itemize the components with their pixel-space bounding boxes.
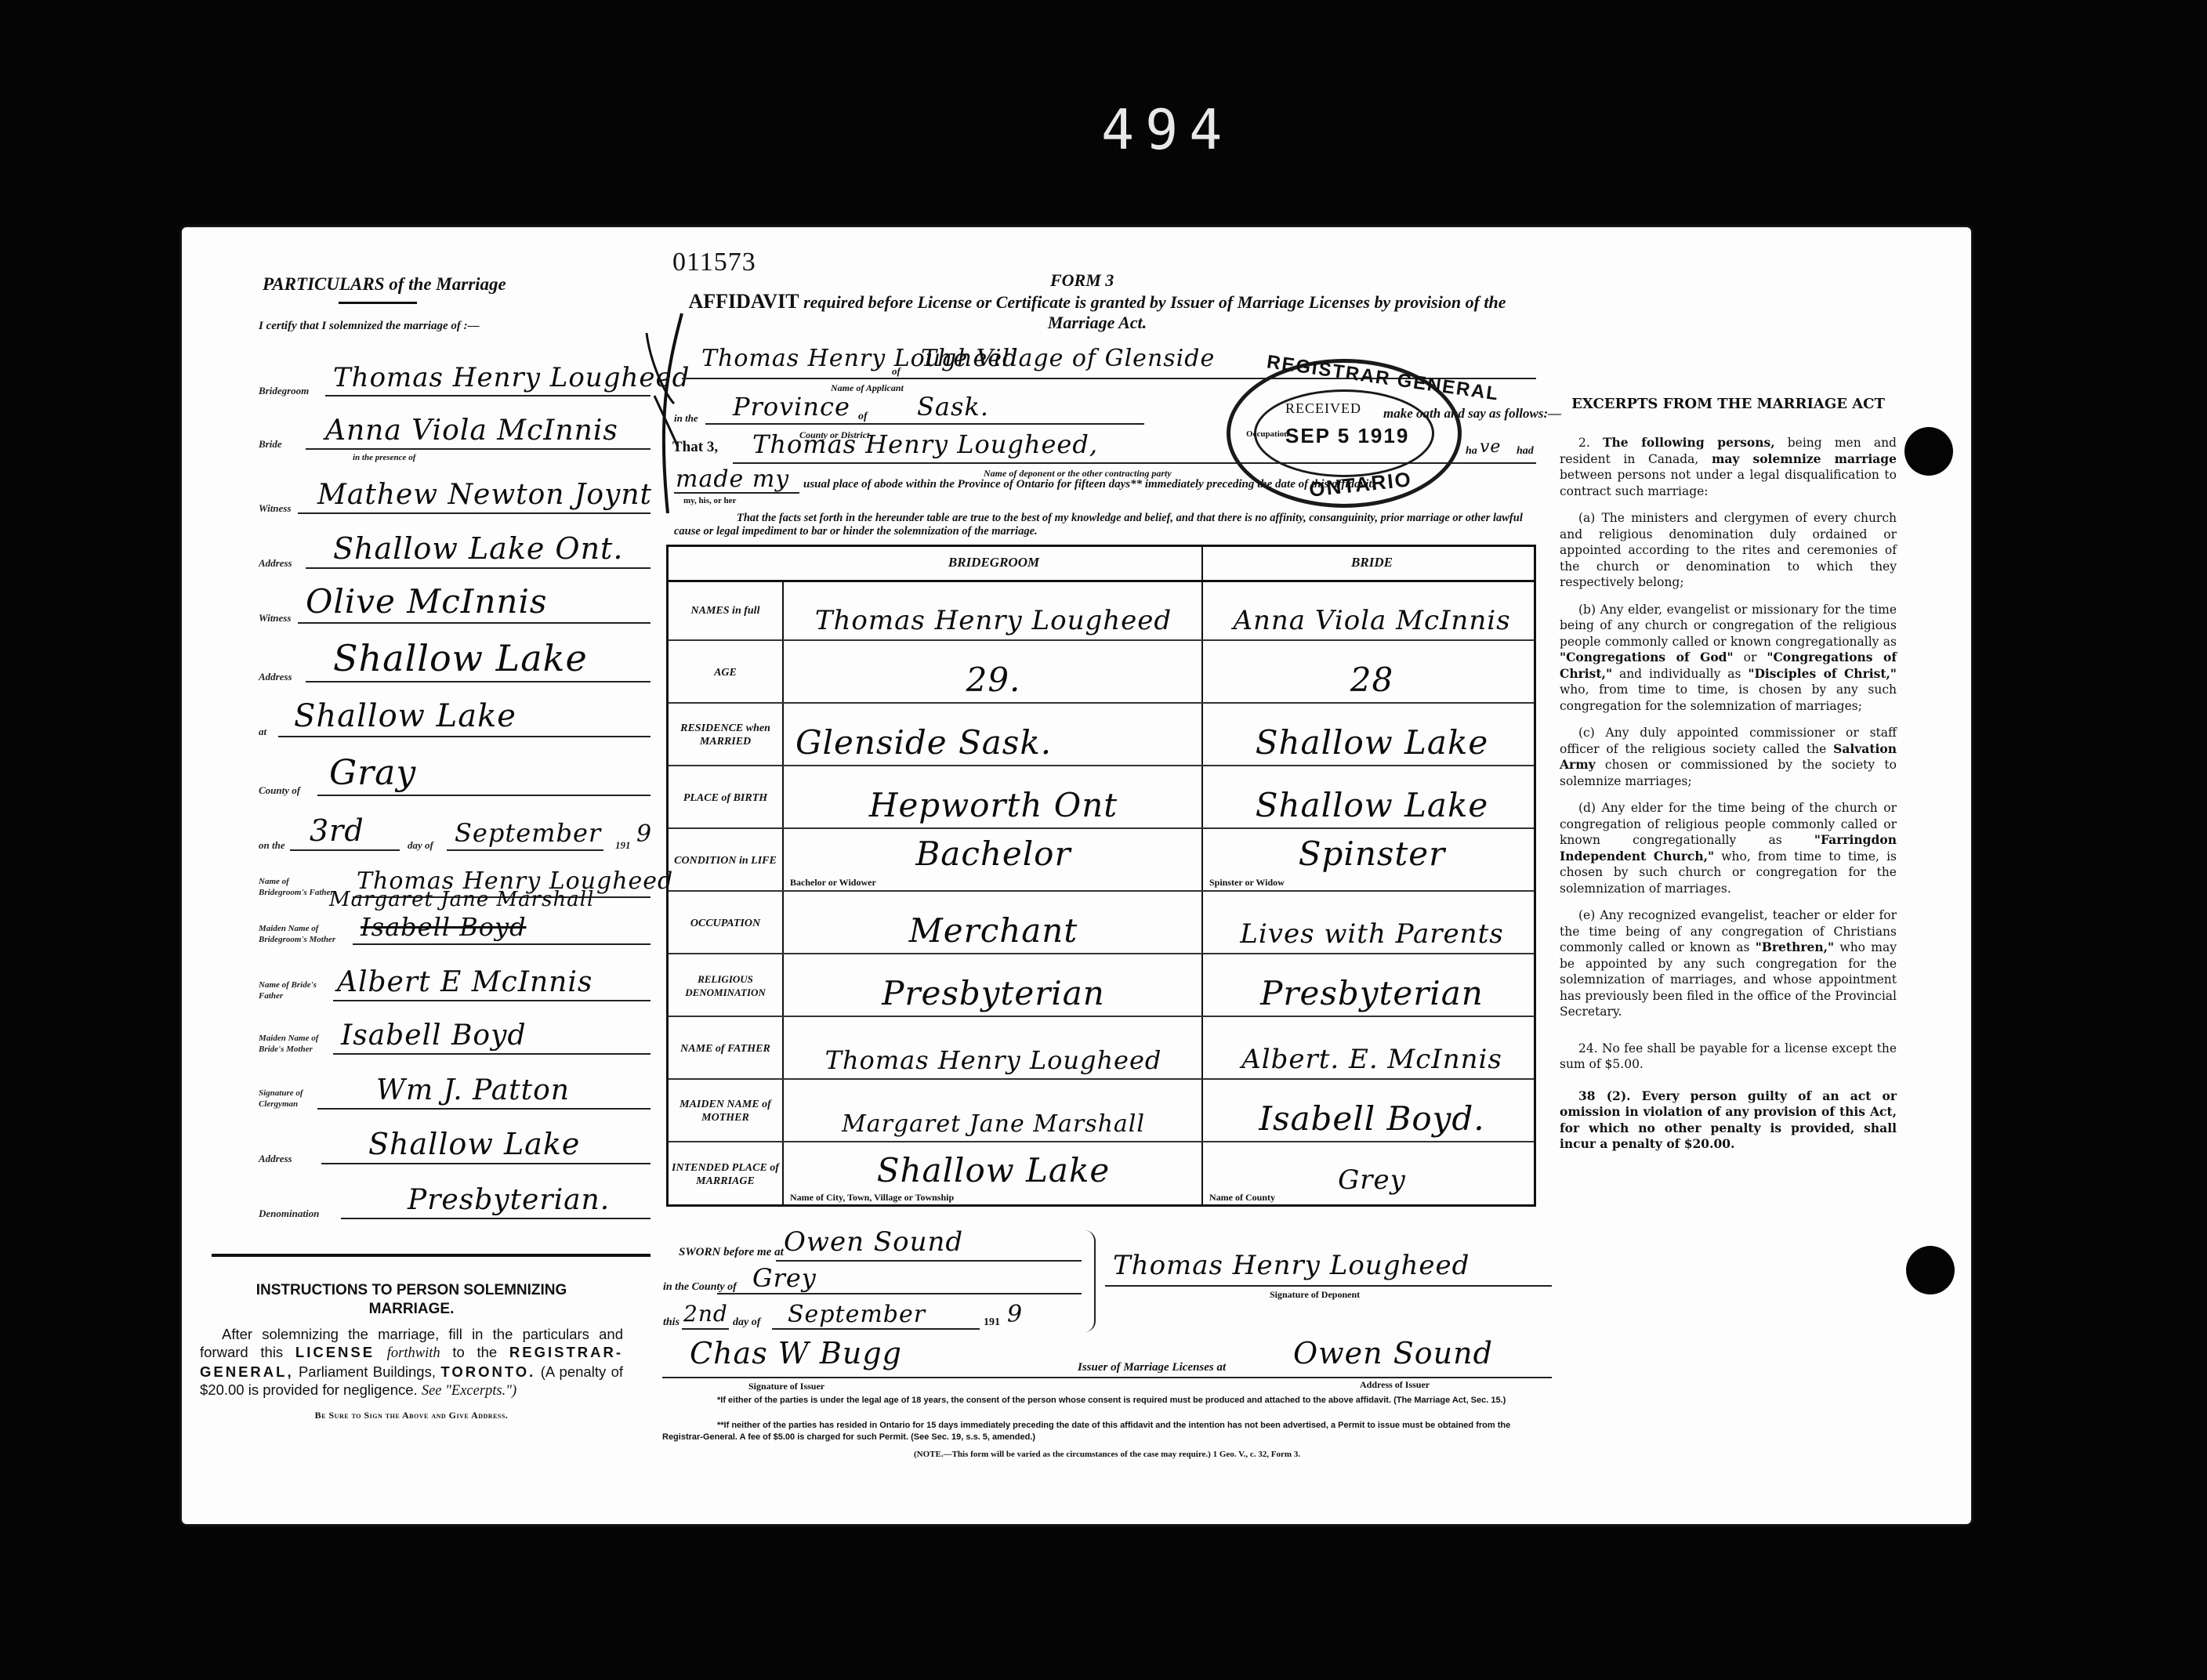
punch-hole-bottom bbox=[1906, 1246, 1955, 1294]
county-name: Sask. bbox=[917, 392, 989, 422]
field-denomination: Denomination Presbyterian. bbox=[259, 1175, 651, 1222]
instructions-title: INSTRUCTIONS TO PERSON SOLEMNIZING MARRI… bbox=[200, 1281, 623, 1319]
have-value: ve bbox=[1480, 437, 1501, 457]
field-bridegroom-mother: Maiden Name of Bridegroom's Mother Isabe… bbox=[259, 901, 651, 948]
issuer-line bbox=[662, 1377, 1552, 1378]
stamp-date: SEP 5 1919 bbox=[1285, 424, 1409, 448]
month-value: September bbox=[455, 818, 601, 848]
field-value: Isabell Boyd bbox=[341, 1019, 527, 1052]
table-row: RESIDENCE when MARRIED Glenside Sask. Sh… bbox=[669, 704, 1534, 766]
table-row: AGE 29. 28 bbox=[669, 641, 1534, 704]
field-value: Shallow Lake bbox=[368, 1127, 580, 1161]
footnote-2: **If neither of the parties has resided … bbox=[662, 1420, 1552, 1443]
field-label: Name of Bridegroom's Father bbox=[259, 876, 337, 898]
field-label: Address bbox=[259, 1153, 292, 1164]
sworn-year-suffix: 9 bbox=[1007, 1301, 1023, 1328]
punch-hole-top bbox=[1904, 427, 1953, 476]
excerpt-clause-a: (a) The ministers and clergymen of every… bbox=[1560, 510, 1897, 591]
field-date: on the 3rd day of September 191 9 bbox=[259, 807, 651, 854]
caption: Name of County bbox=[1209, 1192, 1275, 1204]
excerpt-clause-c: (c) Any duly appointed commissioner or s… bbox=[1560, 725, 1897, 789]
field-value: Anna Viola McInnis bbox=[325, 415, 618, 447]
field-clergyman-address: Address Shallow Lake bbox=[259, 1121, 651, 1168]
table-row: RELIGIOUS DENOMINATION Presbyterian Pres… bbox=[669, 954, 1534, 1017]
field-clergyman-signature: Signature of Clergyman Wm J. Patton bbox=[259, 1066, 651, 1113]
field-value: Shallow Lake bbox=[294, 698, 516, 734]
sworn-label: SWORN before me at bbox=[679, 1246, 784, 1259]
page-number: 494 bbox=[1101, 98, 1227, 162]
certify-text: I certify that I solemnized the marriage… bbox=[259, 320, 480, 333]
field-bride-father: Name of Bride's Father Albert E McInnis bbox=[259, 958, 651, 1005]
sworn-day: 2nd bbox=[683, 1301, 728, 1327]
instructions-divider bbox=[212, 1254, 651, 1257]
field-label: Maiden Name of Bride's Mother bbox=[259, 1033, 321, 1055]
field-label: on the bbox=[259, 840, 285, 851]
excerpt-section-38: 38 (2). Every person guilty of an act or… bbox=[1560, 1088, 1897, 1153]
in-the-label: in the bbox=[674, 412, 698, 425]
field-label: Signature of Clergyman bbox=[259, 1088, 321, 1110]
field-label: Name of Bride's Father bbox=[259, 979, 321, 1001]
presence-text: in the presence of bbox=[353, 453, 415, 462]
title-underline bbox=[339, 302, 417, 304]
sworn-place-line bbox=[776, 1260, 1082, 1262]
instructions-block: INSTRUCTIONS TO PERSON SOLEMNIZING MARRI… bbox=[200, 1281, 623, 1421]
excerpt-section-2: 2. The following persons, being men and … bbox=[1560, 435, 1897, 499]
field-witness-2: Witness Olive McInnis bbox=[259, 580, 651, 627]
field-value-struck: Isabell Boyd bbox=[361, 912, 527, 942]
issuer-signature: Chas W Bugg bbox=[690, 1336, 902, 1370]
sworn-bracket bbox=[1083, 1230, 1096, 1332]
issuer-address: Owen Sound bbox=[1293, 1336, 1493, 1370]
this-label: this bbox=[663, 1316, 679, 1329]
issuer-address-caption: Address of Issuer bbox=[1360, 1379, 1430, 1391]
field-bride-mother: Maiden Name of Bride's Mother Isabell Bo… bbox=[259, 1011, 651, 1058]
table-row: OCCUPATION Merchant Lives with Parents bbox=[669, 892, 1534, 954]
field-at: at Shallow Lake bbox=[259, 693, 651, 740]
field-county: County of Gray bbox=[259, 752, 651, 799]
field-value: Olive McInnis bbox=[306, 582, 547, 621]
instructions-body: After solemnizing the marriage, fill in … bbox=[200, 1325, 623, 1400]
field-label: Witness bbox=[259, 503, 291, 514]
county-label: in the County of bbox=[663, 1281, 737, 1294]
sworn-year-prefix: 191 bbox=[984, 1316, 1000, 1329]
field-label: Witness bbox=[259, 613, 291, 624]
sworn-county-line bbox=[717, 1293, 1082, 1294]
sworn-day-line bbox=[682, 1328, 729, 1330]
excerpt-clause-e: (e) Any recognized evangelist, teacher o… bbox=[1560, 907, 1897, 1020]
form-number: FORM 3 bbox=[1050, 270, 1114, 291]
county-line bbox=[705, 423, 1144, 425]
made-value: made my bbox=[676, 465, 789, 493]
year-suffix: 9 bbox=[636, 820, 652, 848]
field-value: Albert E McInnis bbox=[337, 966, 593, 998]
registrar-general-stamp: REGISTRAR GENERAL RECEIVED SEP 5 1919 ON… bbox=[1227, 359, 1462, 508]
sworn-county: Grey bbox=[752, 1263, 817, 1293]
affidavit-title: AFFIDAVIT required before License or Cer… bbox=[654, 291, 1540, 333]
form-note: (NOTE.—This form will be varied as the c… bbox=[662, 1448, 1552, 1461]
field-label: Address bbox=[259, 558, 292, 569]
field-value: Shallow Lake bbox=[333, 637, 588, 679]
registration-number: 011573 bbox=[672, 248, 756, 277]
field-label: at bbox=[259, 726, 266, 737]
county-type: Province bbox=[733, 392, 850, 422]
deponent-name: Thomas Henry Lougheed, bbox=[752, 429, 1098, 459]
caption: Name of City, Town, Village or Township bbox=[790, 1192, 954, 1204]
applicant-place: The Village of Glenside bbox=[921, 345, 1215, 372]
sworn-place: Owen Sound bbox=[784, 1226, 963, 1258]
that-label: That 3, bbox=[672, 439, 718, 456]
excerpt-clause-d: (d) Any elder for the time being of the … bbox=[1560, 800, 1897, 896]
deponent-signature-line bbox=[1105, 1285, 1552, 1287]
day-of-label: day of bbox=[408, 840, 433, 851]
field-address-1: Address Shallow Lake Ont. bbox=[259, 525, 651, 572]
field-label: Bridegroom bbox=[259, 386, 309, 396]
excerpt-section-24: 24. No fee shall be payable for a licens… bbox=[1560, 1041, 1897, 1073]
issuer-text: Issuer of Marriage Licenses at bbox=[1078, 1361, 1226, 1374]
sign-note: Be Sure to Sign the Above and Give Addre… bbox=[200, 1410, 623, 1421]
field-value: Shallow Lake Ont. bbox=[333, 531, 623, 566]
particulars-table: BRIDEGROOM BRIDE NAMES in full Thomas He… bbox=[666, 545, 1536, 1207]
have-label: ha bbox=[1466, 445, 1477, 458]
year-prefix: 191 bbox=[615, 840, 631, 851]
table-row: NAME of FATHER Thomas Henry Lougheed Alb… bbox=[669, 1017, 1534, 1080]
sworn-month-line bbox=[772, 1328, 980, 1330]
table-header: BRIDEGROOM BRIDE bbox=[669, 547, 1534, 582]
my-his-her-caption: my, his, or her bbox=[683, 496, 736, 505]
field-value: Presbyterian. bbox=[408, 1184, 610, 1216]
field-witness-1: Witness Mathew Newton Joynt bbox=[259, 470, 651, 517]
field-label: Maiden Name of Bridegroom's Mother bbox=[259, 923, 337, 945]
caption: Spinster or Widow bbox=[1209, 877, 1285, 889]
table-row: CONDITION in LIFE Bachelor Spinster Bach… bbox=[669, 829, 1534, 892]
field-address-2: Address Shallow Lake bbox=[259, 639, 651, 686]
day-value: 3rd bbox=[310, 813, 364, 848]
had-label: had bbox=[1517, 445, 1534, 458]
stamp-received: RECEIVED bbox=[1285, 400, 1361, 417]
deponent-signature-caption: Signature of Deponent bbox=[1270, 1289, 1360, 1301]
field-bridegroom: Bridegroom Thomas Henry Lougheed bbox=[259, 353, 651, 400]
field-value: Gray bbox=[329, 753, 416, 793]
excerpts-title: EXCERPTS FROM THE MARRIAGE ACT bbox=[1560, 396, 1897, 413]
table-row: NAMES in full Thomas Henry Lougheed Anna… bbox=[669, 580, 1534, 641]
deponent-signature: Thomas Henry Lougheed bbox=[1113, 1250, 1470, 1281]
caption: Bachelor or Widower bbox=[790, 877, 876, 889]
table-row: MAIDEN NAME of MOTHER Margaret Jane Mars… bbox=[669, 1080, 1534, 1142]
excerpts-block: EXCERPTS FROM THE MARRIAGE ACT 2. The fo… bbox=[1560, 396, 1897, 1164]
applicant-of-label: of bbox=[892, 365, 901, 378]
sworn-month: September bbox=[788, 1301, 926, 1328]
header-bridegroom: BRIDEGROOM bbox=[786, 555, 1201, 570]
footnote-1: *If either of the parties is under the l… bbox=[662, 1395, 1552, 1407]
header-bride: BRIDE bbox=[1209, 555, 1535, 570]
field-value: Wm J. Patton bbox=[376, 1074, 570, 1106]
field-bride: Bride Anna Viola McInnis bbox=[259, 406, 651, 453]
county-of-label: of bbox=[858, 411, 868, 423]
field-label: Denomination bbox=[259, 1208, 319, 1219]
issuer-signature-caption: Signature of Issuer bbox=[748, 1381, 824, 1392]
field-label: County of bbox=[259, 785, 300, 796]
particulars-title: PARTICULARS of the Marriage bbox=[263, 274, 506, 295]
table-row: PLACE of BIRTH Hepworth Ont Shallow Lake bbox=[669, 766, 1534, 829]
field-label: Bride bbox=[259, 439, 282, 450]
facts-text: That the facts set forth in the hereunde… bbox=[674, 512, 1536, 538]
day-of-label: day of bbox=[733, 1316, 760, 1329]
field-value: Mathew Newton Joynt bbox=[317, 479, 652, 511]
excerpt-clause-b: (b) Any elder, evangelist or missionary … bbox=[1560, 602, 1897, 715]
field-label: Address bbox=[259, 672, 292, 682]
table-row: INTENDED PLACE of MARRIAGE Shallow Lake … bbox=[669, 1142, 1534, 1207]
